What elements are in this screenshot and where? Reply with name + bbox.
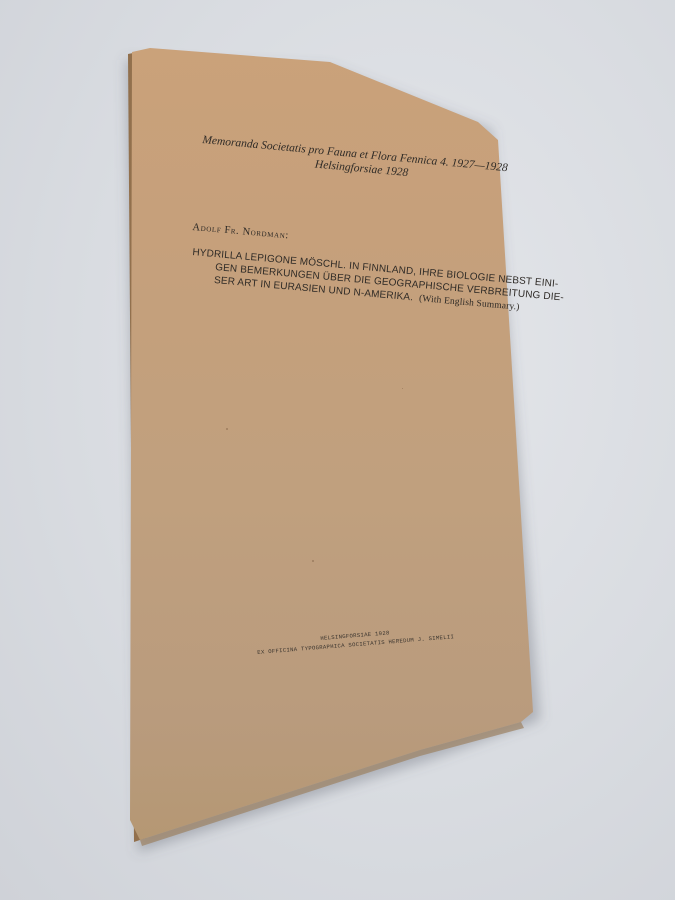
author-name: Adolf Fr. Nordman: bbox=[192, 222, 289, 241]
journal-reference: Memoranda Societatis pro Fauna et Flora … bbox=[200, 133, 471, 186]
paper-speck bbox=[312, 560, 314, 562]
paper-speck bbox=[402, 388, 403, 389]
printer-imprint: HELSINGFORSIAE 1928 EX OFFICINA TYPOGRAP… bbox=[245, 622, 466, 658]
paper-speck bbox=[226, 428, 228, 430]
cover-text: Memoranda Societatis pro Fauna et Flora … bbox=[0, 0, 675, 900]
article-title: HYDRILLA LEPIGONE MÖSCHL. IN FINNLAND, I… bbox=[189, 246, 476, 311]
